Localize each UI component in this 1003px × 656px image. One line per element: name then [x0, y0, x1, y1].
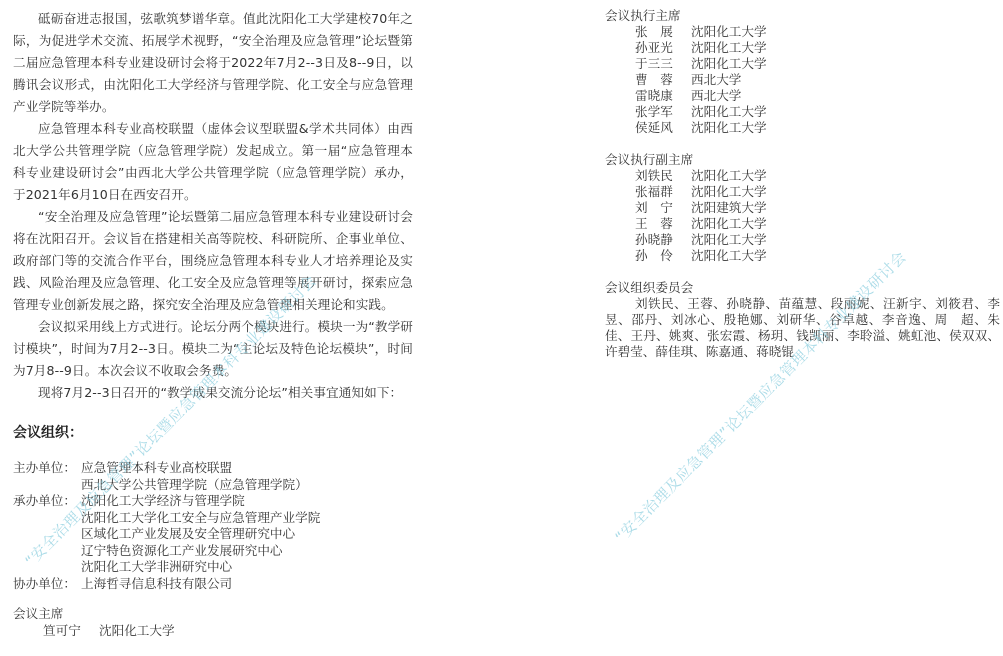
- person-unit: 沈阳化工大学: [691, 248, 767, 264]
- co-organizer-unit: 上海哲寻信息科技有限公司: [81, 576, 232, 593]
- person-unit: 沈阳化工大学: [691, 56, 767, 72]
- intro-paragraph-5: 现将7月2--3日召开的“教学成果交流分论坛”相关事宜通知如下：: [13, 382, 413, 404]
- organizer-label: 承办单位：: [13, 493, 81, 576]
- executive-vice-chairs-heading: 会议执行副主席: [605, 152, 1000, 168]
- organizer-values: 沈阳化工大学经济与管理学院 沈阳化工大学化工安全与应急管理产业学院 区域化工产业…: [81, 493, 320, 576]
- person-unit: 沈阳化工大学: [691, 24, 767, 40]
- organizer-unit: 辽宁特色资源化工产业发展研究中心: [81, 543, 320, 560]
- host-row: 主办单位： 应急管理本科专业高校联盟 西北大学公共管理学院（应急管理学院）: [13, 460, 413, 493]
- person-row: 王 蓉 沈阳化工大学: [605, 216, 1000, 232]
- chair-block: 会议主席 笪可宁 沈阳化工大学: [13, 606, 413, 639]
- person-unit: 沈阳化工大学: [691, 216, 767, 232]
- co-organizer-row: 协办单位： 上海哲寻信息科技有限公司: [13, 576, 413, 593]
- intro-paragraph-3: “安全治理及应急管理”论坛暨第二届应急管理本科专业建设研讨会将在沈阳召开。会议旨…: [13, 206, 413, 316]
- person-unit: 沈阳化工大学: [691, 232, 767, 248]
- person-unit: 沈阳化工大学: [691, 40, 767, 56]
- executive-vice-chairs-group: 会议执行副主席 刘铁民 沈阳化工大学 张福群 沈阳化工大学 刘 宁 沈阳建筑大学…: [605, 152, 1000, 264]
- person-row: 孙晓静 沈阳化工大学: [605, 232, 1000, 248]
- person-name: 雷晓康: [635, 88, 691, 104]
- person-name: 孙 伶: [635, 248, 691, 264]
- organization-block: 主办单位： 应急管理本科专业高校联盟 西北大学公共管理学院（应急管理学院） 承办…: [13, 460, 413, 592]
- person-name: 侯延风: [635, 120, 691, 136]
- committee-heading: 会议组织委员会: [605, 280, 1000, 296]
- person-row: 侯延风 沈阳化工大学: [605, 120, 1000, 136]
- organizer-row: 承办单位： 沈阳化工大学经济与管理学院 沈阳化工大学化工安全与应急管理产业学院 …: [13, 493, 413, 576]
- right-column: 会议执行主席 张 展 沈阳化工大学 孙亚光 沈阳化工大学 于三三 沈阳化工大学 …: [605, 8, 1000, 376]
- organizer-unit: 沈阳化工大学化工安全与应急管理产业学院: [81, 510, 320, 527]
- organizer-unit: 区域化工产业发展及安全管理研究中心: [81, 526, 320, 543]
- person-name: 张福群: [635, 184, 691, 200]
- chair-row: 笪可宁 沈阳化工大学: [13, 623, 413, 640]
- executive-chairs-heading: 会议执行主席: [605, 8, 1000, 24]
- person-name: 曹 蓉: [635, 72, 691, 88]
- organizer-unit: 沈阳化工大学经济与管理学院: [81, 493, 320, 510]
- intro-paragraph-1: 砥砺奋进志报国，弦歌筑梦谱华章。值此沈阳化工大学建校70年之际，为促进学术交流、…: [13, 8, 413, 118]
- person-row: 刘 宁 沈阳建筑大学: [605, 200, 1000, 216]
- person-unit: 沈阳化工大学: [691, 120, 767, 136]
- chair-unit: 沈阳化工大学: [99, 623, 175, 640]
- person-row: 孙 伶 沈阳化工大学: [605, 248, 1000, 264]
- committee-members: 刘铁民、王蓉、孙晓静、苗蕴慧、段丽妮、汪新宇、刘筱君、李昱、邵丹、刘冰心、殷艳娜…: [605, 296, 1000, 360]
- document-page: 砥砺奋进志报国，弦歌筑梦谱华章。值此沈阳化工大学建校70年之际，为促进学术交流、…: [0, 0, 1003, 656]
- person-row: 张学军 沈阳化工大学: [605, 104, 1000, 120]
- person-row: 于三三 沈阳化工大学: [605, 56, 1000, 72]
- organization-title: 会议组织：: [13, 422, 413, 444]
- person-name: 张 展: [635, 24, 691, 40]
- intro-paragraph-2: 应急管理本科专业高校联盟（虚体会议型联盟&学术共同体）由西北大学公共管理学院（应…: [13, 118, 413, 206]
- host-values: 应急管理本科专业高校联盟 西北大学公共管理学院（应急管理学院）: [81, 460, 308, 493]
- host-unit: 应急管理本科专业高校联盟: [81, 460, 308, 477]
- left-column: 砥砺奋进志报国，弦歌筑梦谱华章。值此沈阳化工大学建校70年之际，为促进学术交流、…: [13, 8, 413, 639]
- co-organizer-values: 上海哲寻信息科技有限公司: [81, 576, 232, 593]
- person-name: 孙晓静: [635, 232, 691, 248]
- person-unit: 沈阳化工大学: [691, 184, 767, 200]
- person-name: 孙亚光: [635, 40, 691, 56]
- host-unit: 西北大学公共管理学院（应急管理学院）: [81, 477, 308, 494]
- co-organizer-label: 协办单位：: [13, 576, 81, 593]
- organizer-unit: 沈阳化工大学非洲研究中心: [81, 559, 320, 576]
- person-unit: 沈阳化工大学: [691, 104, 767, 120]
- person-unit: 沈阳化工大学: [691, 168, 767, 184]
- person-row: 刘铁民 沈阳化工大学: [605, 168, 1000, 184]
- executive-chairs-group: 会议执行主席 张 展 沈阳化工大学 孙亚光 沈阳化工大学 于三三 沈阳化工大学 …: [605, 8, 1000, 136]
- person-row: 曹 蓉 西北大学: [605, 72, 1000, 88]
- host-label: 主办单位：: [13, 460, 81, 493]
- person-row: 孙亚光 沈阳化工大学: [605, 40, 1000, 56]
- chair-name: 笪可宁: [43, 623, 99, 640]
- person-name: 王 蓉: [635, 216, 691, 232]
- person-row: 雷晓康 西北大学: [605, 88, 1000, 104]
- intro-paragraph-4: 会议拟采用线上方式进行。论坛分两个模块进行。模块一为“教学研讨模块”，时间为7月…: [13, 316, 413, 382]
- committee-group: 会议组织委员会 刘铁民、王蓉、孙晓静、苗蕴慧、段丽妮、汪新宇、刘筱君、李昱、邵丹…: [605, 280, 1000, 360]
- chair-heading: 会议主席: [13, 606, 413, 623]
- person-unit: 西北大学: [691, 88, 741, 104]
- person-name: 张学军: [635, 104, 691, 120]
- person-name: 刘 宁: [635, 200, 691, 216]
- person-row: 张福群 沈阳化工大学: [605, 184, 1000, 200]
- person-name: 刘铁民: [635, 168, 691, 184]
- person-name: 于三三: [635, 56, 691, 72]
- person-unit: 沈阳建筑大学: [691, 200, 767, 216]
- person-unit: 西北大学: [691, 72, 741, 88]
- person-row: 张 展 沈阳化工大学: [605, 24, 1000, 40]
